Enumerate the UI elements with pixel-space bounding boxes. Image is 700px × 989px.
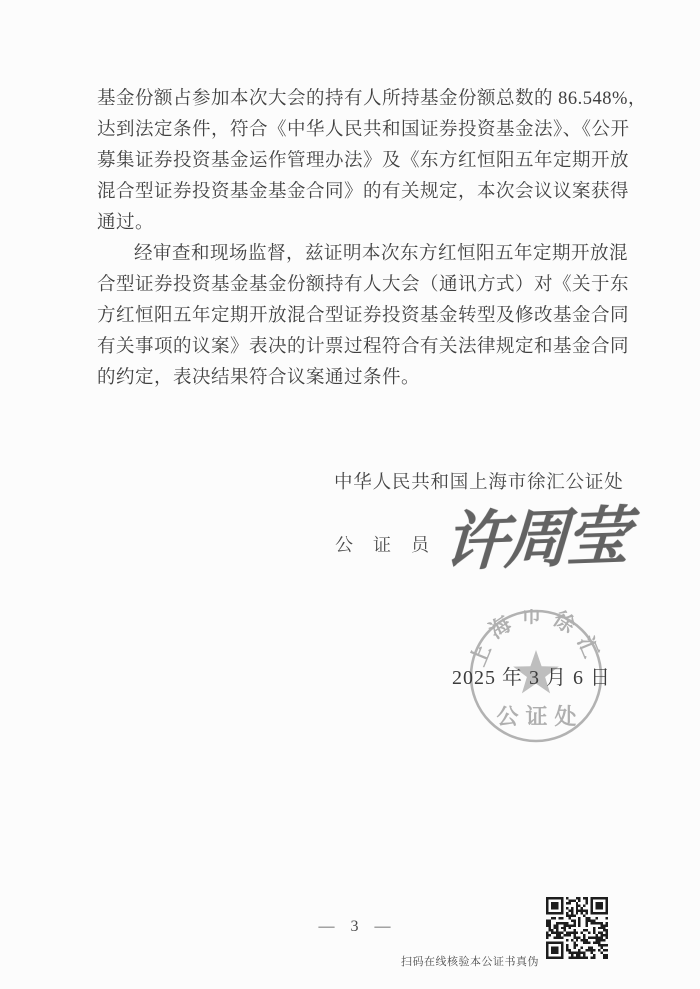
seal-bottom-text: 公证处 <box>496 704 583 729</box>
paragraph2-line: 方红恒阳五年定期开放混合型证券投资基金转型及修改基金合同 <box>97 301 618 332</box>
page-number: — 3 — <box>97 918 618 936</box>
qr-code-image <box>546 897 608 959</box>
paragraph1-line: 募集证券投资基金运作管理办法》及《东方红恒阳五年定期开放 <box>97 146 618 177</box>
stamp-date: 2025 年 3 月 6 日 <box>452 661 611 690</box>
paragraph2-line: 经审查和现场监督，兹证明本次东方红恒阳五年定期开放混 <box>97 239 618 270</box>
notary-document-page: 基金份额占参加本次大会的持有人所持基金份额总数的 86.548%， 达到法定条件… <box>0 0 700 989</box>
paragraph2-line: 合型证券投资基金基金份额持有人大会（通讯方式）对《关于东 <box>97 270 618 301</box>
paragraph1-line: 达到法定条件，符合《中华人民共和国证券投资基金法》、《公开 <box>97 115 618 146</box>
paragraph2-line: 有关事项的议案》表决的计票过程符合有关法律规定和基金合同 <box>97 332 618 363</box>
notary-role-label: 公证员 <box>335 531 449 557</box>
paragraph1-line: 基金份额占参加本次大会的持有人所持基金份额总数的 86.548%， <box>97 84 618 115</box>
body-text: 基金份额占参加本次大会的持有人所持基金份额总数的 86.548%， 达到法定条件… <box>97 84 618 394</box>
qr-caption: 扫码在线核验本公证书真伪 <box>401 953 539 969</box>
paragraph2-line: 的约定，表决结果符合议案通过条件。 <box>97 363 618 394</box>
notary-signature: 许周莹 <box>442 485 630 584</box>
paragraph1-line: 通过。 <box>97 208 618 239</box>
qr-code <box>546 897 608 959</box>
paragraph1-line: 混合型证券投资基金基金合同》的有关规定，本次会议议案获得 <box>97 177 618 208</box>
